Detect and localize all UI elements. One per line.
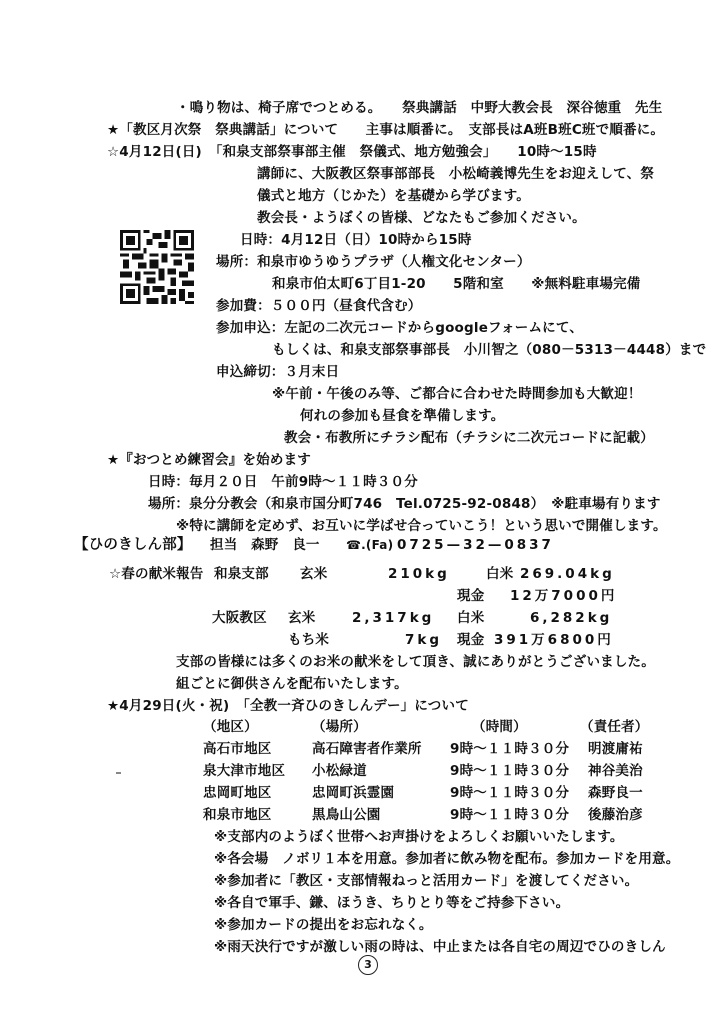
seminar-note-3: 教会・布教所にチラシ配布（チラシに二次元コードに記載） bbox=[284, 429, 654, 447]
col-header-leader: （責任者） bbox=[580, 718, 649, 736]
izumi-genmai: 210kg bbox=[388, 565, 450, 583]
rice-thanks-1: 支部の皆様には多くのお米の献米をして頂き、誠にありがとうございました。 bbox=[176, 653, 655, 671]
row-place: 高石障害者作業所 bbox=[312, 740, 422, 758]
osaka-hakumai-label: 白米 bbox=[457, 609, 484, 627]
seminar-desc-3: 教会長・ようぼくの皆様、どなたもご参加ください。 bbox=[257, 209, 586, 227]
seminar-datetime: 日時：4月12日（日）10時から15時 bbox=[240, 231, 472, 249]
hinokishin-title: 【ひのきしん部】 bbox=[74, 536, 192, 554]
practice-note: ※特に講師を定めず、お互いに学ばせ合っていこう！という思いで開催します。 bbox=[176, 517, 667, 535]
row-leader: 神谷美治 bbox=[588, 762, 643, 780]
osaka-hakumai: 6,282kg bbox=[530, 609, 612, 627]
seminar-note-1: ※午前・午後のみ等、ご都合に合わせた時間参加も大歓迎！ bbox=[272, 385, 642, 403]
practice-place: 場所：泉分分教会（和泉市国分町746 Tel.0725-92-0848） ※駐車… bbox=[148, 495, 661, 513]
izumi-hakumai: 269.04kg bbox=[520, 565, 615, 583]
narimono-line: ・鳴り物は、椅子席でつとめる。 祭典講話 中野大教会長 深谷徳重 先生 bbox=[176, 99, 662, 117]
seminar-apply-1: 参加申込：左記の二次元コードからgoogleフォームにて、 bbox=[216, 319, 583, 337]
seminar-place: 場所：和泉市ゆうゆうプラザ（人権文化センター） bbox=[216, 253, 531, 271]
seminar-heading: ☆4月12日(日) 「和泉支部祭事部主催 祭儀式、地方勉強会」 10時～15時 bbox=[107, 143, 597, 161]
hinokishin-contact: 担当 森野 良一 bbox=[210, 536, 320, 554]
row-place: 忠岡町浜霊園 bbox=[312, 784, 394, 802]
rice-thanks-2: 組ごとに御供さんを配布いたします。 bbox=[176, 675, 408, 693]
row-time: 9時～１１時３０分 bbox=[450, 762, 569, 780]
day-note-4: ※各自で軍手、鎌、ほうき、ちりとり等をご持参下さい。 bbox=[214, 894, 569, 912]
col-header-time: （時間） bbox=[472, 718, 527, 736]
izumi-cash-label: 現金 bbox=[457, 587, 484, 605]
hinokishin-day-heading: ★4月29日(火・祝) 「全教一斉ひのきしんデー」について bbox=[107, 697, 469, 715]
seminar-note-2: 何れの参加も昼食を準備します。 bbox=[300, 407, 504, 425]
col-header-district: （地区） bbox=[203, 718, 258, 736]
day-note-5: ※参加カードの提出をお忘れなく。 bbox=[214, 916, 433, 934]
row-time: 9時～１１時３０分 bbox=[450, 806, 569, 824]
day-note-3: ※参加者に「教区・支部情報ねっと活用カード」を渡してください。 bbox=[214, 872, 638, 890]
row-district: 忠岡町地区 bbox=[203, 784, 272, 802]
monthly-festival-line: ★「教区月次祭 祭典講話」について 主事は順番に。 支部長はA班B班C班で順番に… bbox=[107, 121, 664, 139]
row-time: 9時～１１時３０分 bbox=[450, 740, 569, 758]
izumi-name: 和泉支部 bbox=[214, 565, 269, 583]
seminar-apply-2: もしくは、和泉支部祭事部長 小川智之（080－5313－4448）まで bbox=[272, 341, 706, 359]
row-place: 黒鳥山公園 bbox=[312, 806, 381, 824]
scan-speck bbox=[116, 772, 121, 774]
osaka-mochigome: 7kg bbox=[405, 631, 442, 649]
row-district: 高石市地区 bbox=[203, 740, 272, 758]
osaka-genmai: 2,317kg bbox=[352, 609, 434, 627]
row-leader: 明渡庸祐 bbox=[588, 740, 643, 758]
col-header-place: （場所） bbox=[312, 718, 367, 736]
seminar-fee: 参加費：５００円（昼食代含む） bbox=[216, 297, 422, 315]
row-leader: 後藤治彦 bbox=[588, 806, 643, 824]
osaka-cash: 391万6800円 bbox=[494, 631, 614, 649]
osaka-name: 大阪教区 bbox=[212, 609, 267, 627]
phone-fax-icon: ☎.(Fa) bbox=[346, 536, 393, 554]
seminar-deadline: 申込締切：３月末日 bbox=[216, 363, 339, 381]
day-note-2: ※各会場 ノボリ１本を用意。参加者に飲み物を配布。参加カードを用意。 bbox=[214, 850, 679, 868]
row-district: 泉大津市地区 bbox=[203, 762, 285, 780]
izumi-cash: 12万7000円 bbox=[510, 587, 617, 605]
seminar-desc-1: 講師に、大阪教区祭事部部長 小松崎義博先生をお迎えして、祭 bbox=[257, 165, 654, 183]
practice-datetime: 日時：毎月２０日 午前9時～１１時３０分 bbox=[148, 473, 418, 491]
row-time: 9時～１１時３０分 bbox=[450, 784, 569, 802]
day-note-1: ※支部内のようぼく世帯へお声掛けをよろしくお願いいたします。 bbox=[214, 828, 624, 846]
page-number: 3 bbox=[358, 955, 378, 975]
row-place: 小松緑道 bbox=[312, 762, 367, 780]
practice-heading: ★『おつとめ練習会』を始めます bbox=[107, 451, 311, 469]
day-note-6: ※雨天決行ですが激しい雨の時は、中止または各自宅の周辺でひのきしん bbox=[214, 938, 666, 956]
izumi-genmai-label: 玄米 bbox=[300, 565, 327, 583]
izumi-hakumai-label: 白米 bbox=[486, 565, 513, 583]
qr-code-icon[interactable] bbox=[120, 230, 194, 304]
row-district: 和泉市地区 bbox=[203, 806, 272, 824]
osaka-genmai-label: 玄米 bbox=[288, 609, 315, 627]
seminar-desc-2: 儀式と地方（じかた）を基礎から学びます。 bbox=[257, 187, 530, 205]
osaka-mochigome-label: もち米 bbox=[288, 631, 329, 649]
row-leader: 森野良一 bbox=[588, 784, 643, 802]
hinokishin-phone: 0725—32—0837 bbox=[397, 536, 554, 554]
rice-report-label: ☆春の献米報告 bbox=[109, 565, 204, 583]
seminar-address: 和泉市伯太町6丁目1-20 5階和室 ※無料駐車場完備 bbox=[272, 275, 641, 293]
osaka-cash-label: 現金 bbox=[457, 631, 484, 649]
